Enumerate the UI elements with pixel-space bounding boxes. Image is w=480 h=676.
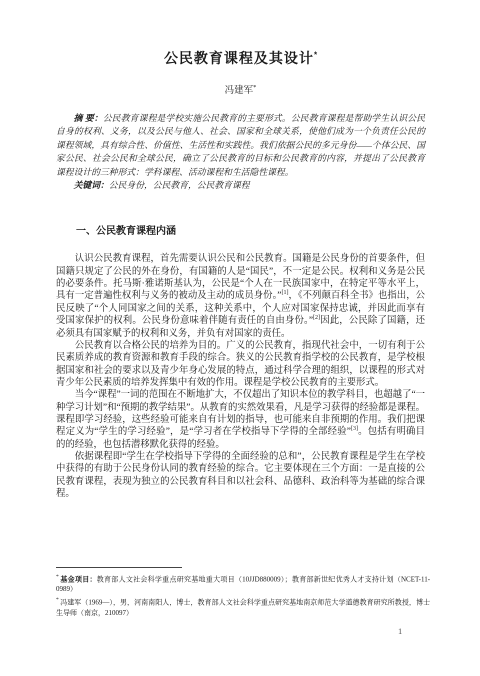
author-line: 冯建军* (56, 82, 425, 96)
footnote-area: * 基金项目：教育部人文社会科学重点研究基地重大项目（10JJD880009）；… (56, 567, 430, 619)
paragraph: 依据课程即“学生在学校指导下学得的全面经验的总和”，公民教育课程是学生在学校中获… (56, 451, 425, 500)
paragraph-text: 依据课程即“学生在学校指导下学得的全面经验的总和”，公民教育课程是学生在学校中获… (56, 452, 425, 499)
footnote-separator-rule (56, 567, 182, 568)
page-number: 1 (398, 626, 402, 636)
footnote: * 冯建军（1969—），男，河南南阳人，博士，教育部人文社会科学重点研究基地南… (56, 595, 430, 617)
paragraph: 认识公民教育课程，首先需要认识公民和公民教育。国籍是公民身份的首要条件，但国籍只… (56, 253, 425, 339)
footnote-label: 基金项目： (60, 575, 96, 583)
paragraph: 当今“课程”一词的范围在不断地扩大，不仅超出了知识本位的教学科目，也超越了“一种… (56, 389, 425, 451)
abstract-text: 公民教育课程是学校实施公民教育的主要形式。公民教育课程是帮助学生认识公民自身的权… (56, 113, 425, 177)
footnote-text: 冯建军（1969—），男，河南南阳人，博士，教育部人文社会科学重点研究基地南京师… (56, 599, 430, 617)
citation-mark: [3] (351, 426, 358, 432)
abstract-label: 摘 要： (74, 113, 103, 123)
footnote-text: 教育部人文社会科学重点研究基地重大项目（10JJD880009）；教育部新世纪优… (56, 575, 430, 593)
paper-page: 公民教育课程及其设计* 冯建军* 摘 要：公民教育课程是学校实施公民教育的主要形… (0, 0, 480, 676)
body-paragraphs: 认识公民教育课程，首先需要认识公民和公民教育。国籍是公民身份的首要条件，但国籍只… (56, 253, 425, 500)
citation-mark: [2] (313, 315, 320, 321)
keywords-text: 公民身份，公民教育，公民教育课程 (109, 180, 250, 190)
paper-title-text: 公民教育课程及其设计 (164, 50, 314, 66)
author-name: 冯建军 (225, 86, 254, 96)
paragraph-text: 公民教育以合格公民的培养为目的。广义的公民教育，指现代社会中，一切有利于公民素质… (56, 341, 425, 388)
section-heading: 一、公民教育课程内涵 (56, 222, 425, 237)
abstract-paragraph: 摘 要：公民教育课程是学校实施公民教育的主要形式。公民教育课程是帮助学生认识公民… (56, 112, 425, 179)
abstract-block: 摘 要：公民教育课程是学校实施公民教育的主要形式。公民教育课程是帮助学生认识公民… (56, 112, 425, 192)
paragraph: 公民教育以合格公民的培养为目的。广义的公民教育，指现代社会中，一切有利于公民素质… (56, 340, 425, 389)
paper-title: 公民教育课程及其设计* (56, 48, 425, 68)
keywords-line: 关键词：公民身份，公民教育，公民教育课程 (56, 179, 425, 192)
keywords-label: 关键词： (74, 180, 109, 190)
title-footnote-mark: * (314, 50, 317, 59)
footnotes: * 基金项目：教育部人文社会科学重点研究基地重大项目（10JJD880009）；… (56, 572, 430, 618)
footnote: * 基金项目：教育部人文社会科学重点研究基地重大项目（10JJD880009）；… (56, 572, 430, 594)
author-footnote-mark: * (253, 84, 256, 91)
